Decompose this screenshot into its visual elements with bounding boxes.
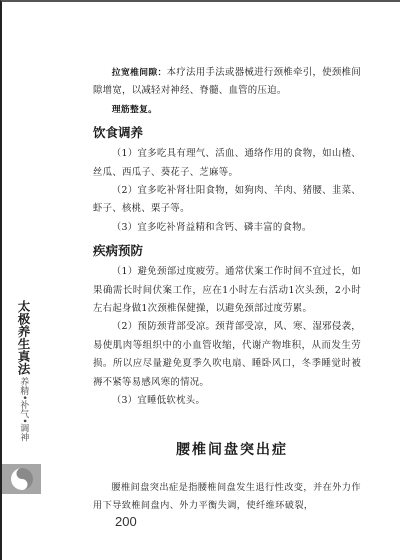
tendon-paragraph: 理筋整复。 bbox=[93, 101, 361, 119]
prevention-item: （2）预防颈背部受凉。颈背部受凉，风、寒、湿邪侵袭，易使肌肉等组织中的小血管收缩… bbox=[93, 318, 361, 392]
prevention-item: （1）避免颈部过度疲劳。通常伏案工作时间不宜过长，如果确需长时间伏案工作，应在1… bbox=[93, 263, 361, 318]
traction-paragraph: 拉宽椎间隙：本疗法用手法或器械进行颈椎牵引，使颈椎间隙增宽，以减轻对神经、脊髓、… bbox=[93, 64, 361, 101]
chapter-intro: 腰椎间盘突出症是指腰椎间盘发生退行性改变，并在外力作用下导致椎间盘内、外力平衡失… bbox=[93, 479, 361, 516]
prevention-item: （3）宜睡低软枕头。 bbox=[93, 392, 361, 410]
book-subtitle: 养精•补气•调神 bbox=[18, 377, 29, 442]
traction-lead: 拉宽椎间隙： bbox=[112, 68, 167, 78]
diet-item: （1）宜多吃具有理气、活血、通络作用的食物，如山楂、丝瓜、西瓜子、葵花子、芝麻等… bbox=[93, 145, 361, 182]
diet-item: （2）宜多吃补肾壮阳食物，如狗肉、羊肉、猪腰、韭菜、虾子、核桃、栗子等。 bbox=[93, 182, 361, 219]
chapter-title: 腰椎间盘突出症 bbox=[93, 441, 361, 459]
page-number: 200 bbox=[115, 514, 137, 529]
diet-heading: 饮食调养 bbox=[93, 124, 361, 142]
yin-yang-emblem bbox=[2, 464, 41, 494]
sidebar-book-title: 太极养生真法 养精•补气•调神 bbox=[7, 300, 39, 442]
tendon-lead: 理筋整复。 bbox=[112, 105, 158, 115]
page-content: 拉宽椎间隙：本疗法用手法或器械进行颈椎牵引，使颈椎间隙增宽，以减轻对神经、脊髓、… bbox=[93, 64, 361, 516]
book-title: 太极养生真法 bbox=[17, 300, 30, 376]
yin-yang-icon bbox=[10, 467, 34, 491]
prevention-heading: 疾病预防 bbox=[93, 242, 361, 260]
diet-item: （3）宜多吃补肾益精和含钙、磷丰富的食物。 bbox=[93, 219, 361, 237]
